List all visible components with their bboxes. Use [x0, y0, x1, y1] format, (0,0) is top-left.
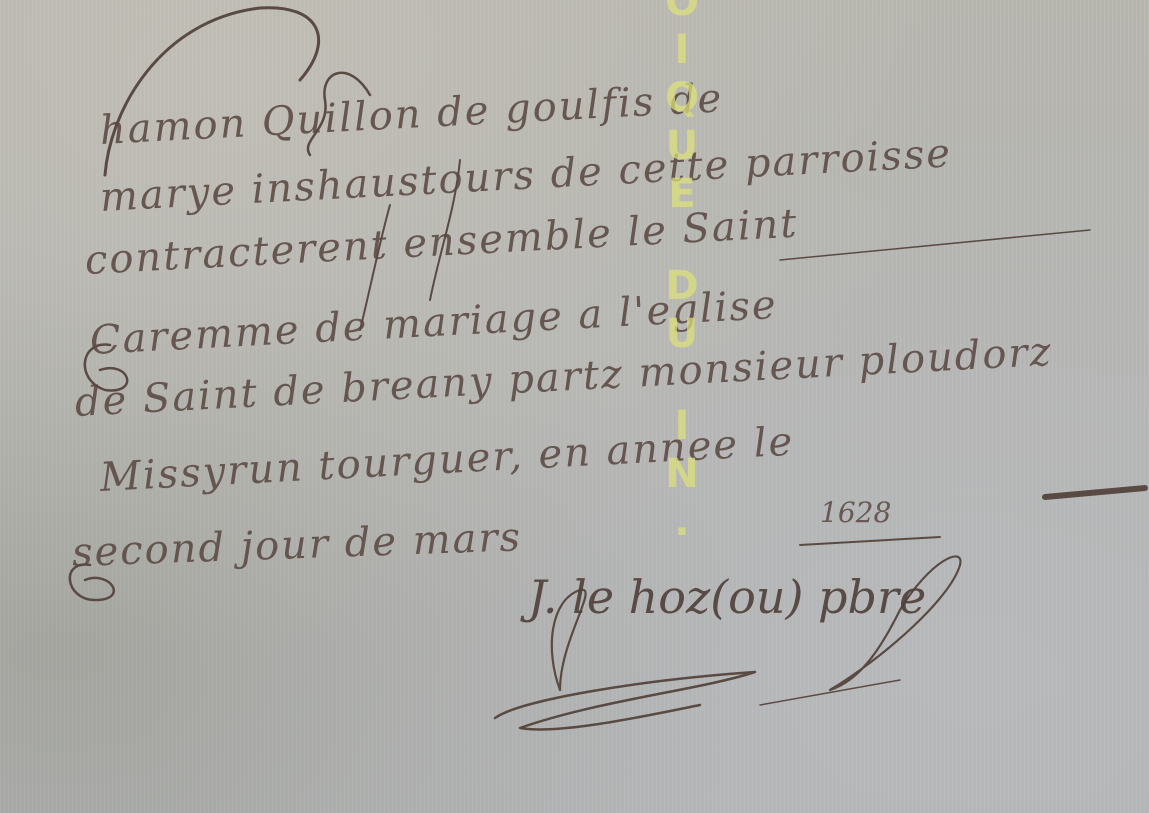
watermark-letter: Q: [665, 74, 699, 122]
priest-signature: J. le hoz(ou) pbre: [528, 570, 926, 624]
watermark-letter: E: [668, 170, 695, 218]
watermark-letter: U: [666, 310, 698, 358]
archive-watermark: O I Q U E D U I N .: [662, 0, 702, 546]
watermark-letter: D: [665, 262, 698, 310]
document-page: hamon Quillon de goulfis de marye inshau…: [0, 0, 1149, 813]
watermark-letter: I: [675, 26, 690, 74]
watermark-letter: I: [675, 402, 690, 450]
watermark-letter: O: [665, 0, 699, 26]
watermark-letter: N: [665, 450, 698, 498]
watermark-letter: U: [666, 122, 698, 170]
watermark-letter: .: [674, 498, 689, 546]
document-date: 1628: [820, 496, 891, 529]
